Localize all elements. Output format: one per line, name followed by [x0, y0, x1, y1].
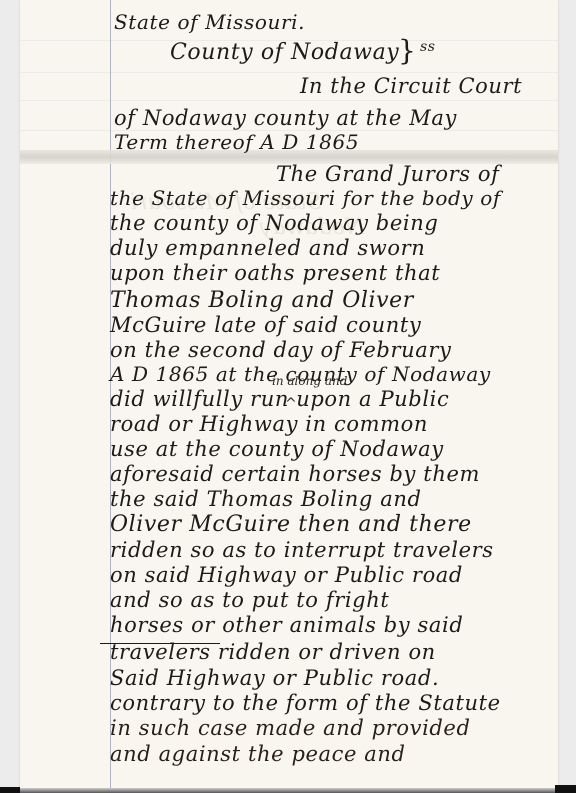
scan-border — [0, 787, 20, 793]
body-line-13: aforesaid certain horses by them — [110, 464, 480, 485]
body-line-16: ridden so as to interrupt travelers — [110, 540, 494, 561]
body-line-14: the said Thomas Boling and — [110, 489, 422, 510]
body-line-18: and so as to put to fright — [110, 590, 389, 611]
body-line-2: the State of Missouri for the body of — [110, 188, 501, 208]
heading-court-line-1: In the Circuit Court — [300, 76, 522, 97]
body-line-17: on said Highway or Public road — [110, 565, 463, 586]
heading-county: County of Nodaway — [170, 42, 399, 64]
body-line-4: duly empanneled and sworn — [110, 238, 425, 259]
body-line-20: travelers ridden or driven on — [110, 642, 436, 663]
body-line-15: Oliver McGuire then and there — [110, 514, 472, 536]
heading-court-line-2: of Nodaway county at the May — [114, 108, 457, 129]
body-line-23: in such case made and provided — [110, 718, 471, 739]
body-line-21: Said Highway or Public road. — [110, 668, 439, 689]
body-line-19: horses or other animals by said — [110, 615, 463, 636]
body-line-5: upon their oaths present that — [110, 263, 440, 284]
body-line-24: and against the peace and — [110, 744, 406, 765]
body-line-12: use at the county of Nodaway — [110, 439, 444, 460]
body-line-22: contrary to the form of the Statute — [110, 693, 501, 714]
body-line-7: McGuire late of said county — [110, 315, 421, 336]
ruled-line — [20, 72, 558, 73]
body-line-8: on the second day of February — [110, 340, 451, 361]
heading-ss: ss — [420, 40, 436, 54]
body-line-6: Thomas Boling and Oliver — [110, 290, 414, 312]
page-bottom-edge — [0, 788, 576, 793]
body-line-3: the county of Nodaway being — [110, 213, 438, 234]
ruled-line — [20, 100, 558, 101]
body-line-11: road or Highway in common — [110, 414, 428, 435]
interlinear-insertion: in along and — [272, 374, 347, 388]
heading-court-line-3: Term thereof A D 1865 — [114, 132, 359, 152]
heading-state: State of Missouri. — [114, 12, 305, 32]
document-page: State of Missouri Nodaway State of Misso… — [20, 0, 558, 788]
body-line-10: did willfully run upon a Public — [110, 389, 449, 410]
heading-brace: } — [398, 34, 416, 67]
scan-border — [555, 785, 576, 793]
body-line-1: The Grand Jurors of — [276, 164, 500, 185]
